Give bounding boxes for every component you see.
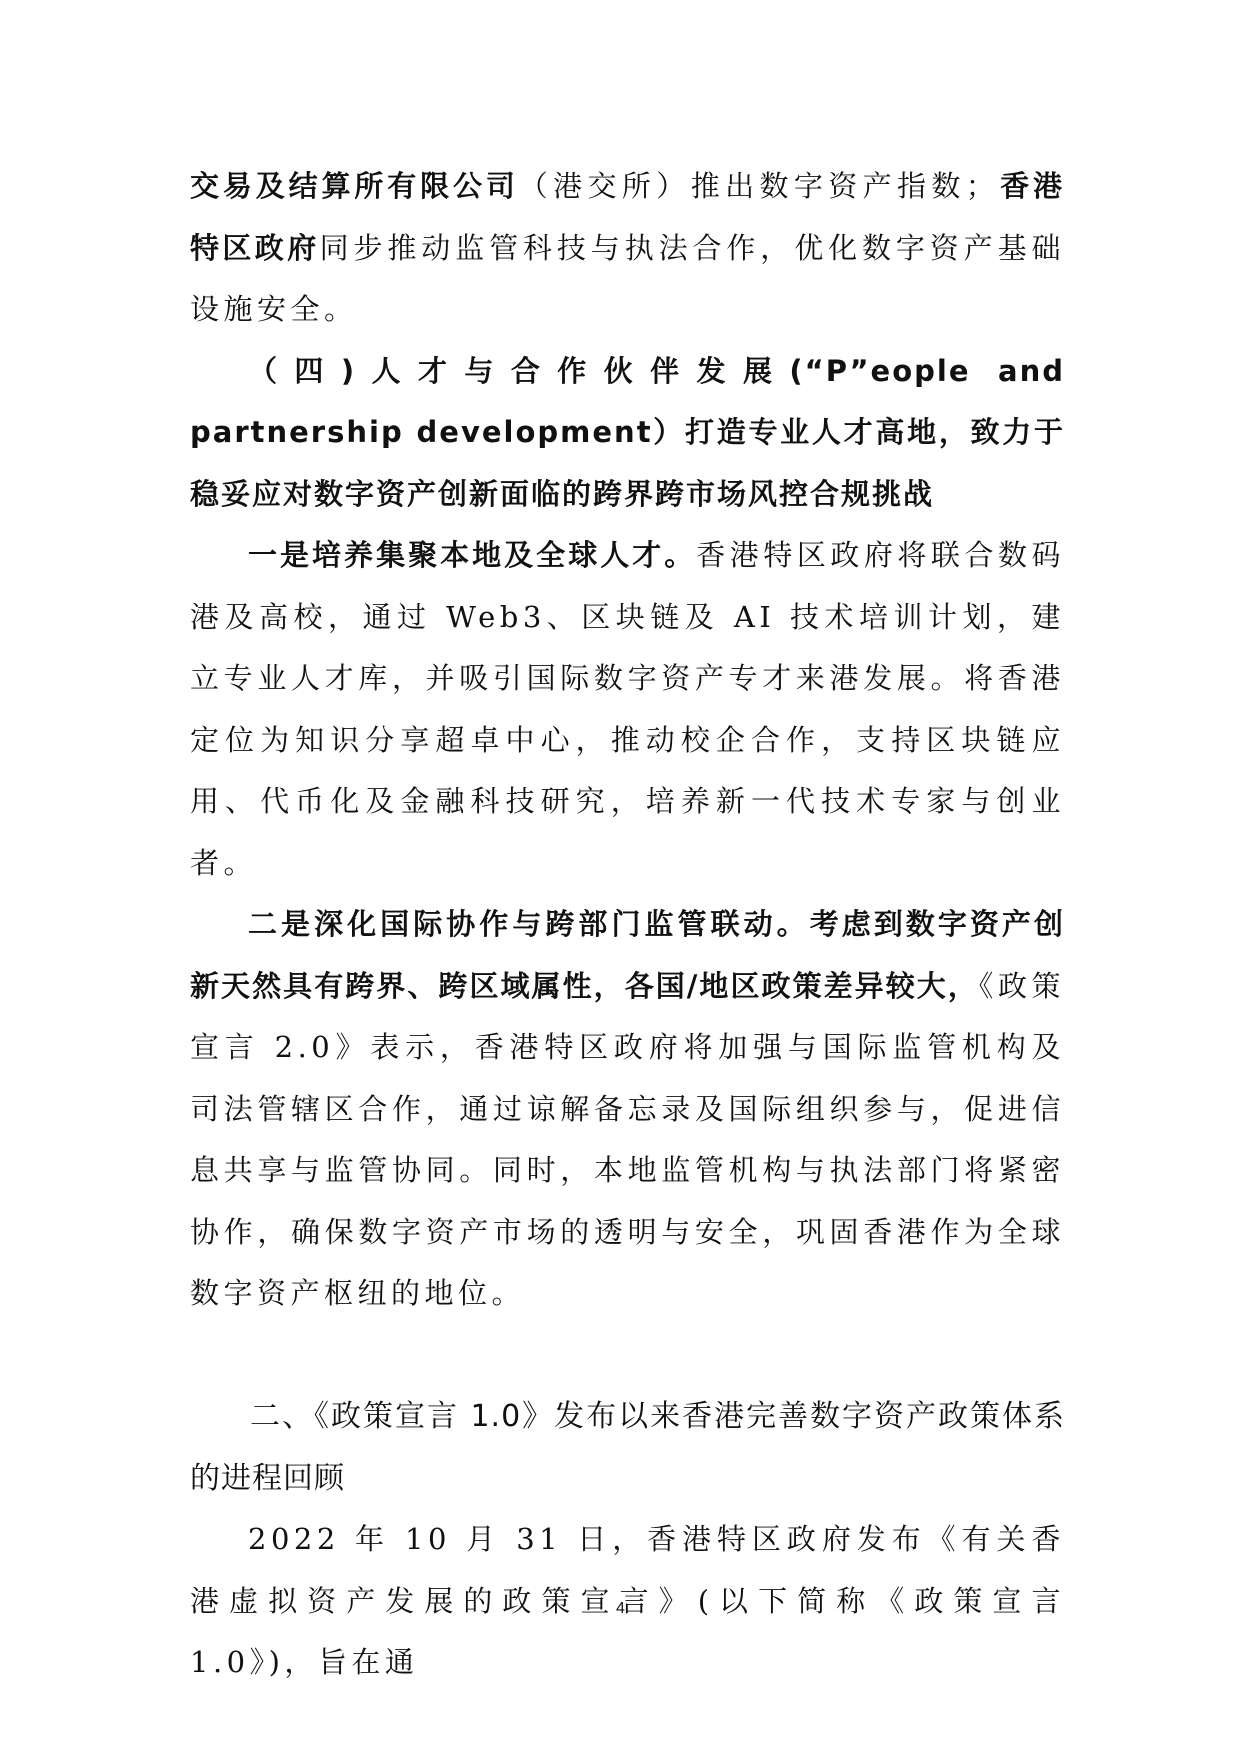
point-1-text: 香港特区政府将联合数码港及高校，通过 Web3、区块链及 AI 技术培训计划，建… xyxy=(190,538,1065,880)
continuation-paragraph: 交易及结算所有限公司（港交所）推出数字资产指数；香港特区政府同步推动监管科技与执… xyxy=(190,156,1065,341)
page-number: 4 xyxy=(0,1600,1241,1618)
section-2-heading: 二、《政策宣言 1.0》发布以来香港完善数字资产政策体系的进程回顾 xyxy=(190,1386,1065,1509)
section-spacer xyxy=(190,1325,1065,1387)
point-2-paragraph: 二是深化国际协作与跨部门监管联动。考虑到数字资产创新天然具有跨界、跨区域属性，各… xyxy=(190,894,1065,1325)
point-2-text: 《政策宣言 2.0》表示，香港特区政府将加强与国际监管机构及司法管辖区合作，通过… xyxy=(190,969,1065,1311)
document-page: 交易及结算所有限公司（港交所）推出数字资产指数；香港特区政府同步推动监管科技与执… xyxy=(190,156,1065,1694)
bold-entity-hkex: 交易及结算所有限公司 xyxy=(190,169,519,203)
point-1-lead: 一是培养集聚本地及全球人才。 xyxy=(248,538,696,572)
point-1-paragraph: 一是培养集聚本地及全球人才。香港特区政府将联合数码港及高校，通过 Web3、区块… xyxy=(190,525,1065,894)
point-2-lead: 二是深化国际协作与跨部门监管联动。 xyxy=(248,907,810,941)
paragraph-text: （港交所）推出数字资产指数； xyxy=(519,169,999,203)
paragraph-text: 同步推动监管科技与执法合作，优化数字资产基础设施安全。 xyxy=(190,231,1065,327)
subsection-heading-4: （四)人才与合作伙伴发展(“P”eople and partnership de… xyxy=(190,341,1065,526)
